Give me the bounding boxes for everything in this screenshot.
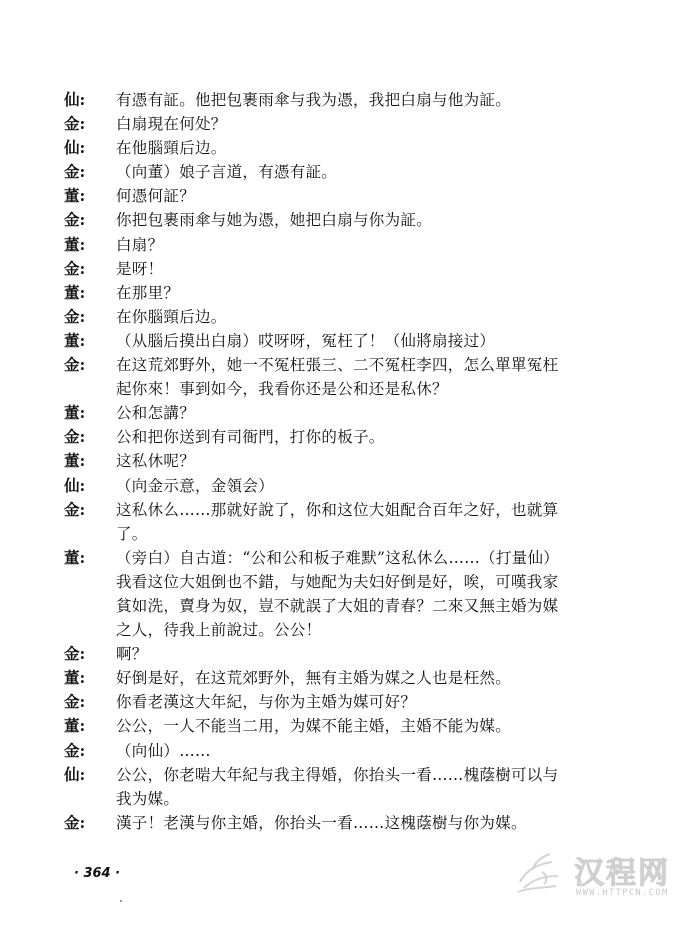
speaker-label: 金: (64, 498, 116, 522)
speech-text: 你看老漢这大年紀，与你为主婚为媒可好？ (116, 690, 604, 714)
speech-text: 公和怎講？ (116, 401, 604, 425)
speaker-label: 金: (64, 425, 116, 449)
speech-text: （旁白）自古道：“公和公和板子难默”这私休么……（打量仙） (116, 546, 604, 570)
speech-text: 我为媒。 (116, 787, 604, 811)
speaker-label: 董: (64, 281, 116, 305)
speaker-label: 董: (64, 329, 116, 353)
speech-text: 有憑有証。他把包裹雨傘与我为憑，我把白扇与他为証。 (116, 88, 604, 112)
dialogue-line-continuation: 了。 (64, 522, 604, 546)
document-page: 仙:有憑有証。他把包裹雨傘与我为憑，我把白扇与他为証。 金:白扇現在何处？ 仙:… (0, 0, 699, 928)
speaker-label: 仙: (64, 474, 116, 498)
speech-text: （向金示意，金領会） (116, 474, 604, 498)
dialogue-line: 金:（向仙）…… (64, 739, 604, 763)
dialogue-line: 仙:公公，你老啱大年紀与我主得婚，你抬头一看……槐蔭樹可以与 (64, 763, 604, 787)
dialogue-line-continuation: 貧如洗，賣身为奴，豈不就誤了大姐的青春？二來又無主婚为媒 (64, 594, 604, 618)
dialogue-line: 金:你把包裹雨傘与她为憑，她把白扇与你为証。 (64, 208, 604, 232)
speech-text: 在这荒郊野外，她一不冤枉張三、二不冤枉李四，怎么單單冤枉 (116, 353, 604, 377)
dialogue-script: 仙:有憑有証。他把包裹雨傘与我为憑，我把白扇与他为証。 金:白扇現在何处？ 仙:… (64, 88, 604, 835)
speech-text: 是呀！ (116, 257, 604, 281)
speaker-label: 金: (64, 208, 116, 232)
speaker-label: 金: (64, 160, 116, 184)
dialogue-line: 董:白扇？ (64, 233, 604, 257)
watermark-url: WWW.HTTPCN.COM (576, 888, 669, 898)
dialogue-line: 金:白扇現在何处？ (64, 112, 604, 136)
speech-text: （向董）娘子言道，有憑有証。 (116, 160, 604, 184)
speaker-label: 金: (64, 305, 116, 329)
dialogue-line: 董:这私休呢？ (64, 449, 604, 473)
watermark-text: 汉程网 (574, 848, 670, 892)
speech-text: 白扇現在何处？ (116, 112, 604, 136)
speaker-label: 金: (64, 642, 116, 666)
dialogue-line: 金:在这荒郊野外，她一不冤枉張三、二不冤枉李四，怎么單單冤枉 (64, 353, 604, 377)
speech-text: 白扇？ (116, 233, 604, 257)
dialogue-line: 金:你看老漢这大年紀，与你为主婚为媒可好？ (64, 690, 604, 714)
speech-text: 之人，待我上前說过。公公！ (116, 618, 604, 642)
speech-text: 你把包裹雨傘与她为憑，她把白扇与你为証。 (116, 208, 604, 232)
dialogue-line: 金:（向董）娘子言道，有憑有証。 (64, 160, 604, 184)
dialogue-line: 董:在那里？ (64, 281, 604, 305)
dialogue-line: 金:啊？ (64, 642, 604, 666)
speaker-label: 董: (64, 449, 116, 473)
scan-speck (120, 900, 122, 902)
speaker-label: 金: (64, 257, 116, 281)
dialogue-line: 董:（从腦后摸出白扇）哎呀呀，冤枉了！（仙將扇接过） (64, 329, 604, 353)
dialogue-line-continuation: 之人，待我上前說过。公公！ (64, 618, 604, 642)
dialogue-line-continuation: 我看这位大姐倒也不錯，与她配为夫妇好倒是好，唉，可嘆我家 (64, 570, 604, 594)
dialogue-line: 董:何憑何証？ (64, 184, 604, 208)
speech-text: 公公，你老啱大年紀与我主得婚，你抬头一看……槐蔭樹可以与 (116, 763, 604, 787)
dialogue-line: 金:是呀！ (64, 257, 604, 281)
dialogue-line: 金:在你腦頸后边。 (64, 305, 604, 329)
speech-text: 何憑何証？ (116, 184, 604, 208)
dialogue-line: 金:漢子！老漢与你主婚，你抬头一看……这槐蔭樹与你为媒。 (64, 811, 604, 835)
speech-text: 这私休呢？ (116, 449, 604, 473)
dialogue-line: 仙:有憑有証。他把包裹雨傘与我为憑，我把白扇与他为証。 (64, 88, 604, 112)
dialogue-line: 董:（旁白）自古道：“公和公和板子难默”这私休么……（打量仙） (64, 546, 604, 570)
speaker-label: 仙: (64, 136, 116, 160)
speech-text: 这私休么……那就好說了，你和这位大姐配合百年之好，也就算 (116, 498, 604, 522)
speech-text: 漢子！老漢与你主婚，你抬头一看……这槐蔭樹与你为媒。 (116, 811, 604, 835)
dialogue-line: 董:公公，一人不能当二用，为媒不能主婚，主婚不能为媒。 (64, 714, 604, 738)
speech-text: 公和把你送到有司衙門，打你的板子。 (116, 425, 604, 449)
dialogue-line: 金:公和把你送到有司衙門，打你的板子。 (64, 425, 604, 449)
speaker-label: 仙: (64, 763, 116, 787)
dialogue-line: 仙:（向金示意，金領会） (64, 474, 604, 498)
speech-text: 好倒是好，在这荒郊野外，無有主婚为媒之人也是枉然。 (116, 666, 604, 690)
dialogue-line: 仙:在他腦頸后边。 (64, 136, 604, 160)
speech-text: 在那里？ (116, 281, 604, 305)
speech-text: 在你腦頸后边。 (116, 305, 604, 329)
speech-text: 起你來！事到如今，我看你还是公和还是私休？ (116, 377, 604, 401)
dialogue-line-continuation: 起你來！事到如今，我看你还是公和还是私休？ (64, 377, 604, 401)
dialogue-line: 董:公和怎講？ (64, 401, 604, 425)
speaker-label: 金: (64, 353, 116, 377)
dialogue-line: 金:这私休么……那就好說了，你和这位大姐配合百年之好，也就算 (64, 498, 604, 522)
watermark: 汉程网 WWW.HTTPCN.COM (512, 848, 692, 908)
speaker-label: 金: (64, 811, 116, 835)
speech-text: 啊？ (116, 642, 604, 666)
dialogue-line-continuation: 我为媒。 (64, 787, 604, 811)
speaker-label: 金: (64, 112, 116, 136)
dialogue-line: 董:好倒是好，在这荒郊野外，無有主婚为媒之人也是枉然。 (64, 666, 604, 690)
dragon-logo-icon (512, 852, 562, 898)
speech-text: （从腦后摸出白扇）哎呀呀，冤枉了！（仙將扇接过） (116, 329, 604, 353)
speaker-label: 董: (64, 666, 116, 690)
speech-text: （向仙）…… (116, 739, 604, 763)
speaker-label: 金: (64, 690, 116, 714)
page-number: · 364 · (74, 866, 120, 881)
speech-text: 了。 (116, 522, 604, 546)
speech-text: 我看这位大姐倒也不錯，与她配为夫妇好倒是好，唉，可嘆我家 (116, 570, 604, 594)
speech-text: 貧如洗，賣身为奴，豈不就誤了大姐的青春？二來又無主婚为媒 (116, 594, 604, 618)
speaker-label: 董: (64, 714, 116, 738)
speaker-label: 董: (64, 184, 116, 208)
speaker-label: 金: (64, 739, 116, 763)
speaker-label: 董: (64, 546, 116, 570)
speech-text: 公公，一人不能当二用，为媒不能主婚，主婚不能为媒。 (116, 714, 604, 738)
speaker-label: 仙: (64, 88, 116, 112)
speech-text: 在他腦頸后边。 (116, 136, 604, 160)
speaker-label: 董: (64, 401, 116, 425)
speaker-label: 董: (64, 233, 116, 257)
